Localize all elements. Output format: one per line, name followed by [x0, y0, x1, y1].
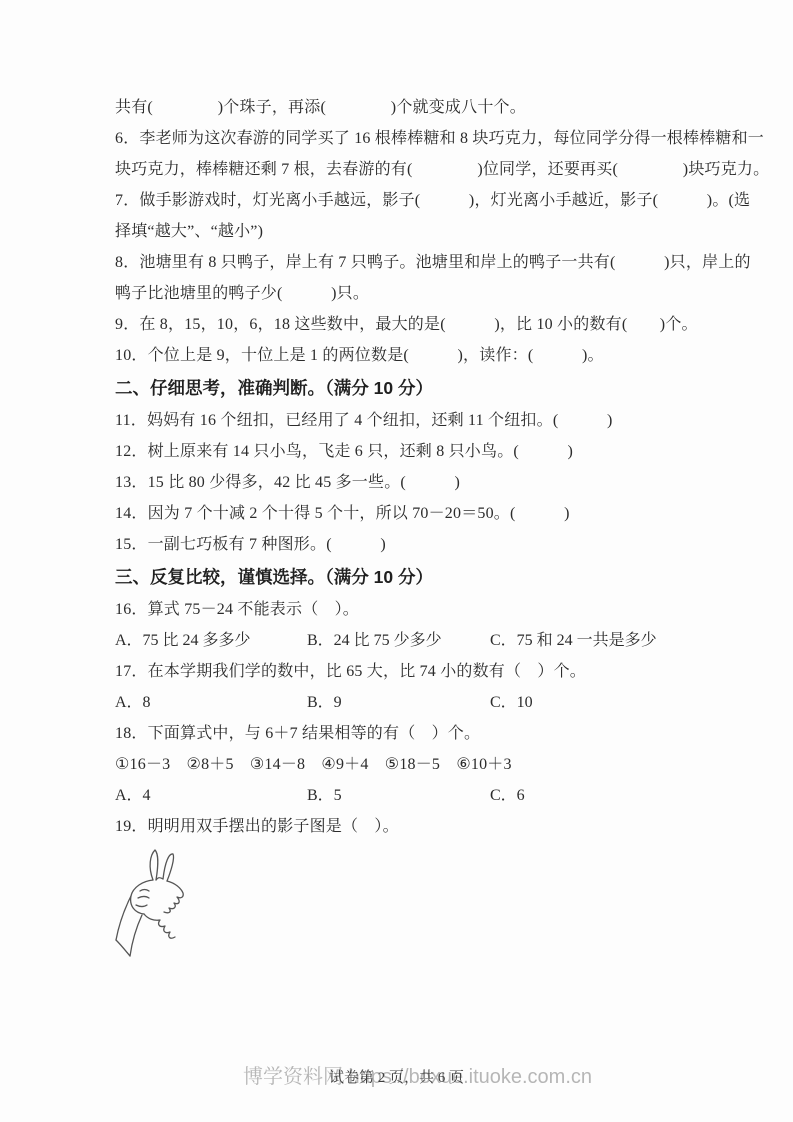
question-8-line-1: 8．池塘里有 8 只鸭子，岸上有 7 只鸭子。池塘里和岸上的鸭子一共有( )只，… — [115, 247, 700, 278]
option-c: C．6 — [490, 780, 525, 811]
option-c: C．10 — [490, 687, 533, 718]
option-b: B．24 比 75 少多少 — [307, 625, 442, 656]
question-18-expressions: ①16－3 ②8＋5 ③14－8 ④9＋4 ⑤18－5 ⑥10＋3 — [115, 749, 700, 780]
page-number-text: 试卷第 2 页，共 6 页 — [0, 1066, 793, 1087]
page-footer: 博学资料网 https://boxue.ituoke.com.cn 试卷第 2 … — [0, 1056, 793, 1096]
question-11: 11．妈妈有 16 个纽扣，已经用了 4 个纽扣，还剩 11 个纽扣。( ) — [115, 405, 700, 436]
exam-content: 共有( )个珠子，再添( )个就变成八十个。 6．李老师为这次春游的同学买了 1… — [115, 92, 700, 960]
question-6-line-1: 6．李老师为这次春游的同学买了 16 根棒棒糖和 8 块巧克力，每位同学分得一根… — [115, 123, 700, 154]
question-5-continuation: 共有( )个珠子，再添( )个就变成八十个。 — [115, 92, 700, 123]
question-16-options: A．75 比 24 多多少 B．24 比 75 少多少 C．75 和 24 一共… — [115, 625, 700, 656]
option-a: A．8 — [115, 687, 151, 718]
option-a: A．75 比 24 多多少 — [115, 625, 251, 656]
question-10: 10．个位上是 9，十位上是 1 的两位数是( )，读作：( )。 — [115, 340, 700, 371]
question-14: 14．因为 7 个十减 2 个十得 5 个十，所以 70－20＝50。( ) — [115, 498, 700, 529]
option-c: C．75 和 24 一共是多少 — [490, 625, 657, 656]
option-b: B．5 — [307, 780, 342, 811]
exam-page: 共有( )个珠子，再添( )个就变成八十个。 6．李老师为这次春游的同学买了 1… — [0, 0, 793, 1122]
section-3-heading: 三、反复比较，谨慎选择。（满分 10 分） — [115, 560, 700, 594]
question-18: 18．下面算式中，与 6＋7 结果相等的有（ ）个。 — [115, 718, 700, 749]
question-15: 15．一副七巧板有 7 种图形。( ) — [115, 529, 700, 560]
question-17-options: A．8 B．9 C．10 — [115, 687, 700, 718]
question-7-line-1: 7．做手影游戏时，灯光离小手越远，影子( )，灯光离小手越近，影子( )。(选 — [115, 185, 700, 216]
hand-shadow-rabbit-drawing — [115, 848, 215, 960]
question-7-line-2: 择填“越大”、“越小”) — [115, 216, 700, 247]
option-b: B．9 — [307, 687, 342, 718]
section-2-heading: 二、仔细思考，准确判断。（满分 10 分） — [115, 371, 700, 405]
question-16: 16．算式 75－24 不能表示（ ）。 — [115, 594, 700, 625]
question-9: 9．在 8，15，10，6，18 这些数中，最大的是( )，比 10 小的数有(… — [115, 309, 700, 340]
option-a: A．4 — [115, 780, 151, 811]
question-8-line-2: 鸭子比池塘里的鸭子少( )只。 — [115, 278, 700, 309]
question-6-line-2: 块巧克力，棒棒糖还剩 7 根，去春游的有( )位同学，还要再买( )块巧克力。 — [115, 154, 700, 185]
question-13: 13．15 比 80 少得多，42 比 45 多一些。( ) — [115, 467, 700, 498]
question-12: 12．树上原来有 14 只小鸟，飞走 6 只，还剩 8 只小鸟。( ) — [115, 436, 700, 467]
question-19: 19．明明用双手摆出的影子图是（ ）。 — [115, 811, 700, 842]
question-18-options: A．4 B．5 C．6 — [115, 780, 700, 811]
question-17: 17．在本学期我们学的数中，比 65 大，比 74 小的数有（ ）个。 — [115, 656, 700, 687]
